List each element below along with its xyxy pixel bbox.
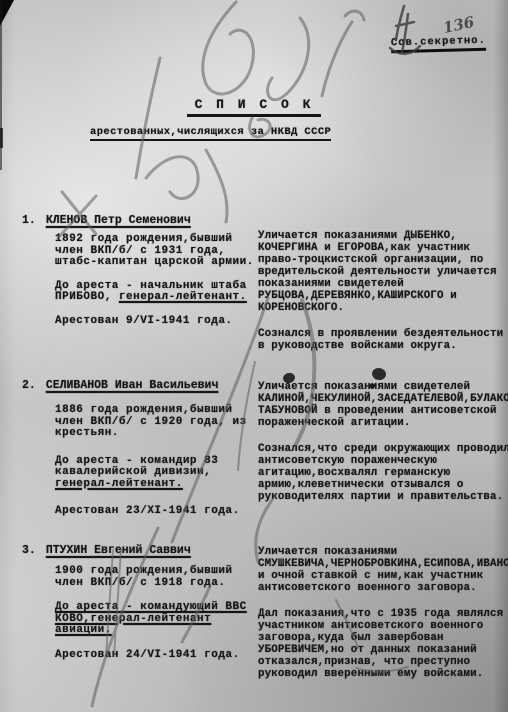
arrest-date: Арестован 9/VI-1941 года.: [55, 316, 255, 328]
pencil-stroke: [396, 22, 414, 26]
evidence-paragraph: Уличается показаниями ДЫБЕНКО, КОЧЕРГИНА…: [258, 230, 508, 314]
entry-left-column: 1900 года рождения,бывший член ВКП/б/ с …: [55, 566, 255, 674]
position-paragraph: До ареста - начальник штаба ПРИБОВО, ген…: [55, 281, 255, 304]
pencil-stroke: [146, 157, 198, 199]
pencil-stroke: [322, 11, 364, 96]
pencil-stroke: [136, 58, 160, 178]
entry-number: 1.: [22, 214, 36, 227]
pencil-stroke: [203, 2, 254, 94]
pencil-stroke: [396, 6, 404, 40]
entry-number: 3.: [22, 544, 36, 557]
entry-header: 1. КЛЕНОВ Петр Семенович: [22, 214, 191, 227]
person-name: КЛЕНОВ Петр Семенович: [46, 214, 191, 227]
arrest-date: Арестован 23/XI-1941 года.: [55, 506, 255, 518]
scan-corner-mark: [0, 0, 14, 26]
handwritten-page-number: 136: [441, 13, 475, 37]
entry-right-column: Уличается показаниями свидетелей КАЛИНОЙ…: [258, 381, 508, 517]
pencil-stroke: [268, 18, 309, 100]
document-page: 136 Сов.секретно. С П И С О К арестованн…: [0, 0, 508, 712]
bio-paragraph: 1900 года рождения,бывший член ВКП/б/ с …: [55, 566, 255, 589]
evidence-paragraph: Уличается показаниями СМУШКЕВИЧА,ЧЕРНОБР…: [258, 546, 508, 594]
ink-blot: [371, 367, 387, 381]
entry-number: 2.: [22, 379, 36, 392]
pencil-stroke: [206, 150, 227, 222]
bio-paragraph: 1892 года рождения,бывший член ВКП/б/ с …: [55, 234, 255, 269]
confession-paragraph: Дал показания,что с 1935 года являлся уч…: [258, 608, 508, 680]
entry-header: 2. СЕЛИВАНОВ Иван Васильевич: [22, 379, 218, 392]
page-subtitle: арестованных,числящихся за НКВД СССР: [90, 126, 331, 141]
evidence-paragraph: Уличается показаниями свидетелей КАЛИНОЙ…: [258, 381, 508, 429]
position-paragraph: До ареста - командующий ВВС КОВО,генерал…: [55, 602, 255, 637]
position-paragraph: До ареста - командир 83 кавалерийской ди…: [55, 456, 255, 491]
classification-stamp: Сов.секретно.: [391, 35, 486, 53]
page-title: С П И С О К: [0, 97, 508, 112]
confession-paragraph: Сознался в проявлении бездеятельности в …: [258, 328, 508, 352]
confession-paragraph: Сознался,что среди окружающих проводил а…: [258, 443, 508, 503]
person-name: ПТУХИН Евгений Саввич: [46, 544, 191, 557]
entry-header: 3. ПТУХИН Евгений Саввич: [22, 544, 191, 557]
scan-edge-tick: [0, 128, 3, 148]
person-name: СЕЛИВАНОВ Иван Васильевич: [46, 379, 219, 392]
entry-right-column: Уличается показаниями ДЫБЕНКО, КОЧЕРГИНА…: [258, 230, 508, 366]
entry-left-column: 1892 года рождения,бывший член ВКП/б/ с …: [55, 234, 255, 339]
entry-right-column: Уличается показаниями СМУШКЕВИЧА,ЧЕРНОБР…: [258, 546, 508, 694]
bio-paragraph: 1886 года рождения,бывший член ВКП/б/ с …: [55, 405, 255, 440]
arrest-date: Арестован 24/VI-1941 года.: [55, 650, 255, 662]
entry-left-column: 1886 года рождения,бывший член ВКП/б/ с …: [55, 405, 255, 534]
